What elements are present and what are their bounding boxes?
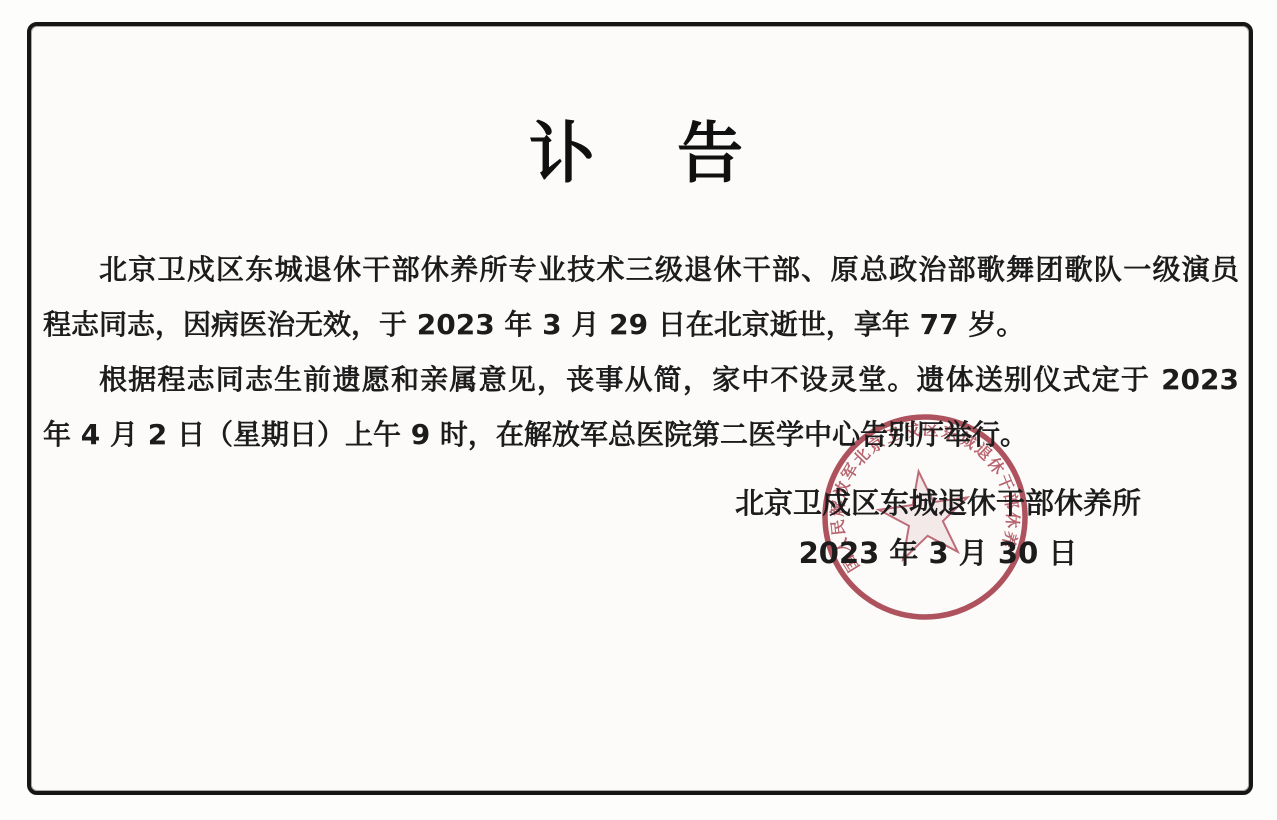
document-title: 讣 告 [31,100,1249,195]
body-line-4: 年 4 月 2 日（星期日）上午 9 时，在解放军总医院第二医学中心告别厅举行。 [43,407,1239,462]
scanned-obituary-page: 讣 告 北京卫戍区东城退休干部休养所专业技术三级退休干部、原总政治部歌舞团歌队一… [0,0,1277,820]
document-border-frame: 讣 告 北京卫戍区东城退休干部休养所专业技术三级退休干部、原总政治部歌舞团歌队一… [27,22,1253,795]
signature-block: 北京卫戍区东城退休干部休养所 2023 年 3 月 30 日 [631,478,1245,578]
body-line-3: 根据程志同志生前遗愿和亲属意见，丧事从简，家中不设灵堂。遗体送别仪式定于 202… [43,352,1239,407]
document-body: 北京卫戍区东城退休干部休养所专业技术三级退休干部、原总政治部歌舞团歌队一级演员 … [31,242,1249,462]
signature-date: 2023 年 3 月 30 日 [631,528,1245,578]
signature-organization: 北京卫戍区东城退休干部休养所 [631,478,1245,528]
body-line-1: 北京卫戍区东城退休干部休养所专业技术三级退休干部、原总政治部歌舞团歌队一级演员 [43,242,1239,297]
body-line-2: 程志同志，因病医治无效，于 2023 年 3 月 29 日在北京逝世，享年 77… [43,297,1239,352]
